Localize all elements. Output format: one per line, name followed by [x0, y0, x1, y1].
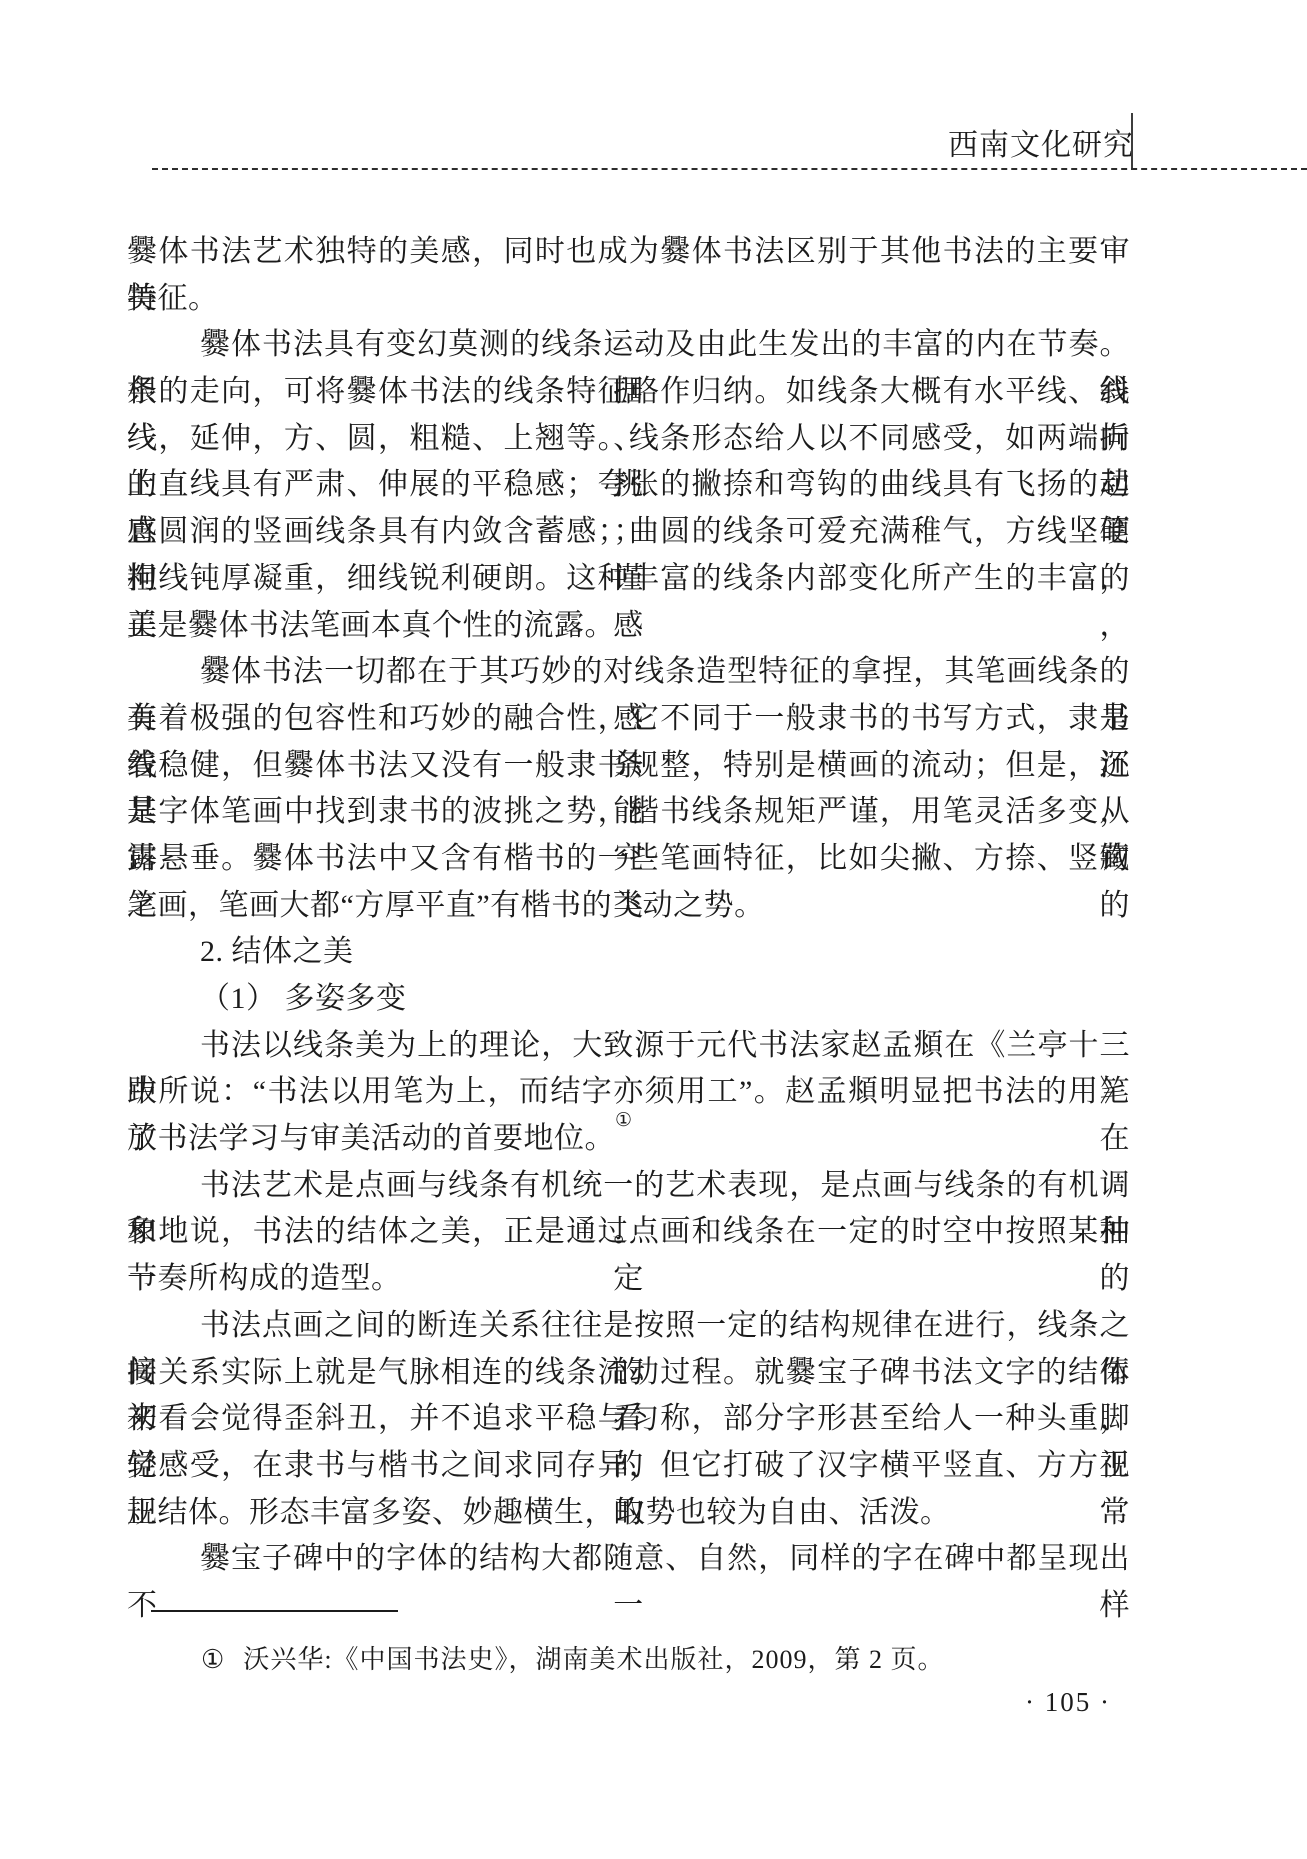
text-line-content: 了书法学习与审美活动的首要地位。 [127, 1122, 615, 1155]
text-line: 初看会觉得歪斜丑，并不追求平稳与匀称，部分字形甚至给人一种头重脚轻的视 [127, 1396, 1130, 1443]
text-line: 其字体笔画中找到隶书的波挑之势，楷书线条规矩严谨，用笔灵活多变，讲究藏 [127, 789, 1130, 836]
text-line: 爨体书法具有变幻莫测的线条运动及由此生发出的丰富的内在节奏。根据线 [127, 322, 1130, 369]
page-number: · 105 · [1012, 1686, 1124, 1718]
text-line: 觉感受，在隶书与楷书之间求同存异，但它打破了汉字横平竖直、方方正正的常 [127, 1443, 1130, 1490]
text-line-content: 笔画，笔画大都“方厚平直”有楷书的飞动之势。 [127, 889, 765, 922]
running-head-title: 西南文化研究 [948, 123, 1128, 169]
text-line: 着稳健，但爨体书法又没有一般隶书规整，特别是横画的流动；但是，还是能从 [127, 743, 1130, 790]
body-text: 爨体书法艺术独特的美感，同时也成为爨体书法区别于其他书法的主要审美特征。爨体书法… [127, 229, 1130, 1583]
text-line-content: 正是爨体书法笔画本真个性的流露。 [127, 609, 615, 642]
running-head-vertical-bar [1131, 113, 1133, 170]
text-line: 象地说，书法的结体之美，正是通过点画和线条在一定的时空中按照某种一定的 [127, 1209, 1130, 1256]
footnote-reference-mark: ① [615, 1110, 632, 1131]
text-line: 书法以线条美为上的理论，大致源于元代书法家赵孟頫在《兰亭十三跋》 [127, 1023, 1130, 1070]
text-line: （1） 多姿多变 [127, 976, 1130, 1023]
text-line-content: 规结体。形态丰富多姿、妙趣横生，取势也较为自由、活泼。 [127, 1496, 951, 1529]
text-line: 条的走向，可将爨体书法的线条特征略作归纳。如线条大概有水平线、斜线、折 [127, 369, 1130, 416]
text-line-content: 特征。 [127, 282, 219, 315]
footnote-text: 沃兴华:《中国书法史》，湖南美术出版社，2009，第 2 页。 [243, 1645, 944, 1674]
text-line: 的直线具有严肃、伸展的平稳感；夸张的撇捺和弯钩的曲线具有飞扬的动感；笔 [127, 462, 1130, 509]
text-line: 特征。 [127, 276, 1130, 323]
text-line: 露悬垂。爨体书法中又含有楷书的一些笔画特征，比如尖撇、方捺、竖钩之类的 [127, 836, 1130, 883]
text-line: 直圆润的竖画线条具有内敛含蓄感；曲圆的线条可爱充满稚气，方线坚硬拘谨， [127, 509, 1130, 556]
text-line: 书法艺术是点画与线条有机统一的艺术表现，是点画与线条的有机调和。抽 [127, 1163, 1130, 1210]
text-line: 爨体书法艺术独特的美感，同时也成为爨体书法区别于其他书法的主要审美 [127, 229, 1130, 276]
text-line: 书法点画之间的断连关系往往是按照一定的结构规律在进行，线条之间的衔 [127, 1303, 1130, 1350]
running-head-dashed-rule [152, 168, 1307, 170]
text-line-content: （1） 多姿多变 [200, 982, 407, 1015]
text-line: 接关系实际上就是气脉相连的线条流动过程。就爨宝子碑书法文字的结体来看， [127, 1350, 1130, 1397]
text-line: 爨宝子碑中的字体的结构大都随意、自然，同样的字在碑中都呈现出不一样 [127, 1536, 1130, 1583]
footnote: ①沃兴华:《中国书法史》，湖南美术出版社，2009，第 2 页。 [201, 1644, 1131, 1676]
text-line: 爨体书法一切都在于其巧妙的对线条造型特征的拿捏，其笔画线条的美感是 [127, 649, 1130, 696]
footnote-separator-rule [151, 1610, 398, 1612]
text-line: 线，延伸，方、圆，粗糙、上翘等。线条形态给人以不同感受，如两端向上挑起 [127, 416, 1130, 463]
document-page: 西南文化研究 爨体书法艺术独特的美感，同时也成为爨体书法区别于其他书法的主要审美… [0, 0, 1307, 1859]
text-line-content: 节奏所构成的造型。 [127, 1262, 402, 1295]
text-line: 有着极强的包容性和巧妙的融合性，它不同于一般隶书的书写方式，隶书线条沉 [127, 696, 1130, 743]
text-line-content: 2. 结体之美 [200, 935, 354, 968]
text-line: 粗线钝厚凝重，细线锐利硬朗。这种丰富的线条内部变化所产生的丰富的美感， [127, 556, 1130, 603]
footnote-marker: ① [201, 1644, 225, 1676]
text-line: 2. 结体之美 [127, 929, 1130, 976]
